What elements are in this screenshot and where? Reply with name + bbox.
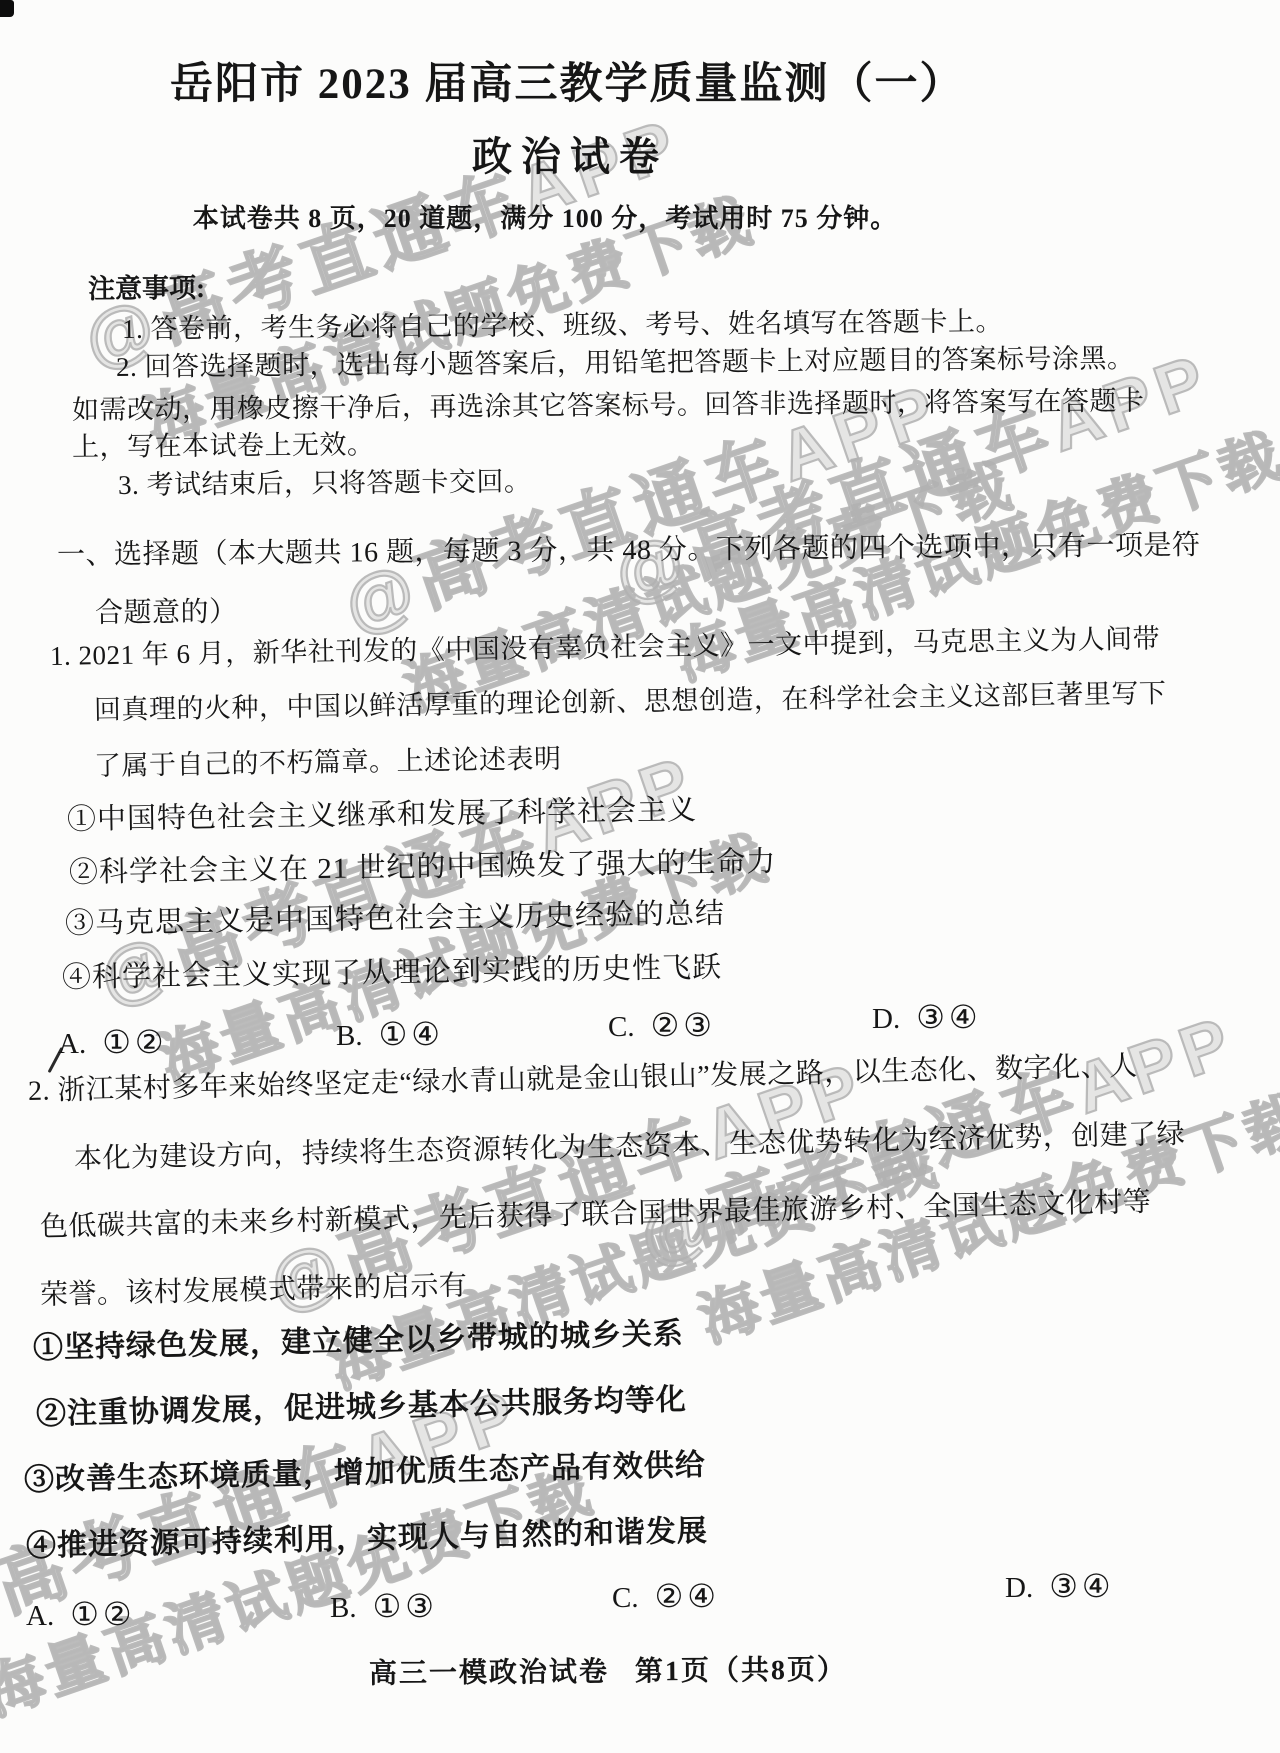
q1-option-a: A.①② <box>58 1022 168 1062</box>
option-label: A. <box>58 1028 86 1060</box>
option-label: D. <box>872 1003 900 1035</box>
option-numbers: ②③ <box>651 1007 716 1043</box>
q2-option-b: B.①③ <box>330 1586 438 1626</box>
q2-line-2: 本化为建设方向，持续将生态资源转化为生态资本、生态优势转化为经济优势，创建了绿 <box>74 1117 1186 1177</box>
notice-line-2: 2. 回答选择题时，选出每小题答案后，用铅笔把答题卡上对应题目的答案标号涂黑。 <box>116 342 1135 385</box>
q1-option-b: B.①④ <box>336 1014 444 1054</box>
q1-statement-2: ②科学社会主义在 21 世纪的中国焕发了强大的生命力 <box>69 844 777 891</box>
q1-line-3: 了属于自己的不朽篇章。上述论述表明 <box>94 743 562 784</box>
exam-info: 本试卷共 8 页，20 道题，满分 100 分，考试用时 75 分钟。 <box>0 203 1090 236</box>
option-label: B. <box>336 1020 363 1052</box>
q2-statement-2: ②注重协调发展，促进城乡基本公共服务均等化 <box>36 1381 688 1433</box>
q1-option-c: C.②③ <box>608 1005 716 1045</box>
q1-statement-3: ③马克思主义是中国特色社会主义历史经验的总结 <box>65 896 726 943</box>
notice-line-1: 1. 答卷前，考生务必将自己的学校、班级、考号、姓名填写在答题卡上。 <box>122 305 1003 346</box>
paper-subtitle: 政治试卷 <box>0 132 1140 182</box>
exam-title: 岳阳市 2023 届高三教学质量监测（一） <box>170 58 900 112</box>
notice-line-3: 如需改动，用橡皮擦干净后，再选涂其它答案标号。回答非选择题时，将答案写在答题卡 <box>72 385 1145 428</box>
option-numbers: ③④ <box>916 999 981 1035</box>
option-numbers: ①② <box>102 1024 167 1060</box>
q1-option-d: D.③④ <box>872 997 982 1037</box>
footer-paper-name: 高三一模政治试卷 <box>369 1657 609 1690</box>
q2-statement-3: ③改善生态环境质量，增加优质生态产品有效供给 <box>24 1447 707 1500</box>
q2-line-4: 荣誉。该村发展模式带来的启示有 <box>40 1268 468 1313</box>
scan-corner-mark <box>0 0 14 17</box>
q2-line-1: 2. 浙江某村多年来始终坚定走“绿水青山就是金山银山”发展之路，以生态化、数字化… <box>28 1049 1138 1109</box>
option-label: A. <box>26 1600 54 1632</box>
section-heading-line-1: 一、选择题（本大题共 16 题，每题 3 分，共 48 分。下列各题的四个选项中… <box>57 528 1201 573</box>
option-numbers: ①③ <box>373 1588 438 1624</box>
option-label: C. <box>608 1011 635 1043</box>
exam-paper-page: @高考直通车APP 海量高清试题免费下载 @高考直通车APP 海量高清试题免费下… <box>0 0 1280 1753</box>
option-numbers: ③④ <box>1049 1568 1114 1604</box>
notice-heading: 注意事项: <box>88 272 205 307</box>
q2-statement-1: ①坚持绿色发展，建立健全以乡带城的城乡关系 <box>33 1315 685 1367</box>
q2-line-3: 色低碳共富的未来乡村新模式，先后获得了联合国世界最佳旅游乡村、全国生态文化村等 <box>40 1185 1152 1245</box>
notice-line-4: 上，写在本试卷上无效。 <box>72 428 375 464</box>
option-label: B. <box>330 1592 357 1624</box>
q1-statement-4: ④科学社会主义实现了从理论到实践的历史性飞跃 <box>62 950 723 997</box>
q2-statement-4: ④推进资源可持续利用，实现人与自然的和谐发展 <box>26 1513 709 1566</box>
option-numbers: ①② <box>70 1596 135 1632</box>
option-label: D. <box>1005 1572 1033 1604</box>
page-footer: 高三一模政治试卷第1页（共8页） <box>0 1649 1216 1695</box>
option-numbers: ①④ <box>379 1016 444 1052</box>
option-numbers: ②④ <box>655 1578 720 1614</box>
notice-line-5: 3. 考试结束后，只将答题卡交回。 <box>118 465 532 502</box>
q1-line-1: 1. 2021 年 6 月，新华社刊发的《中国没有辜负社会主义》一文中提到，马克… <box>50 623 1161 674</box>
q1-statement-1: ①中国特色社会主义继承和发展了科学社会主义 <box>67 792 698 838</box>
q2-option-c: C.②④ <box>612 1576 720 1616</box>
q2-option-a: A.①② <box>26 1594 136 1634</box>
option-label: C. <box>612 1582 639 1614</box>
footer-page-number: 第1页（共8页） <box>635 1655 847 1688</box>
section-heading-line-2: 合题意的） <box>95 595 238 631</box>
q1-line-2: 回真理的火种，中国以鲜活厚重的理论创新、思想创造，在科学社会主义这部巨著里写下 <box>94 677 1167 728</box>
q2-option-d: D.③④ <box>1005 1566 1115 1606</box>
